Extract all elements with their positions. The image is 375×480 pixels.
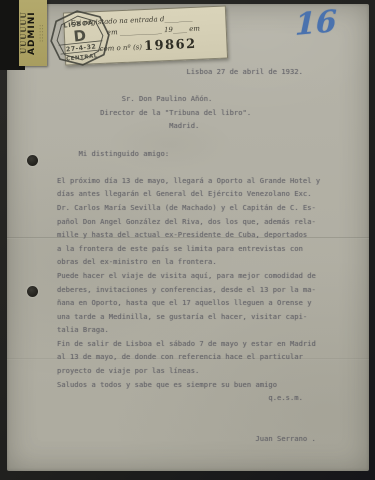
typewritten-letter-body: Lisboa 27 de abril de 1932. Sr. Don Paul… [57, 66, 333, 447]
stamp-fragment-text: ADMINI [28, 0, 37, 66]
postmark-date: 27-4-32 [66, 42, 97, 53]
scanned-letter-page: UUUUUU ADMINI :::::: Foi registado na en… [0, 0, 375, 480]
registration-number: 19862 [144, 35, 198, 57]
stamp-fragment-glyphs-left: UUUUUU [20, 0, 27, 66]
punch-hole-bottom [27, 286, 38, 297]
adjacent-stamp-fragment: UUUUUU ADMINI :::::: [19, 0, 47, 66]
handwritten-folio-number: 16 [295, 4, 337, 43]
stamp-fragment-glyphs-right: :::::: [39, 0, 45, 66]
postmark-office: CENTRAL [66, 53, 98, 62]
punch-hole-top [27, 155, 38, 166]
lisboa-postmark-stamp: LISBOA D 27-4-32 CENTRAL [46, 6, 114, 70]
